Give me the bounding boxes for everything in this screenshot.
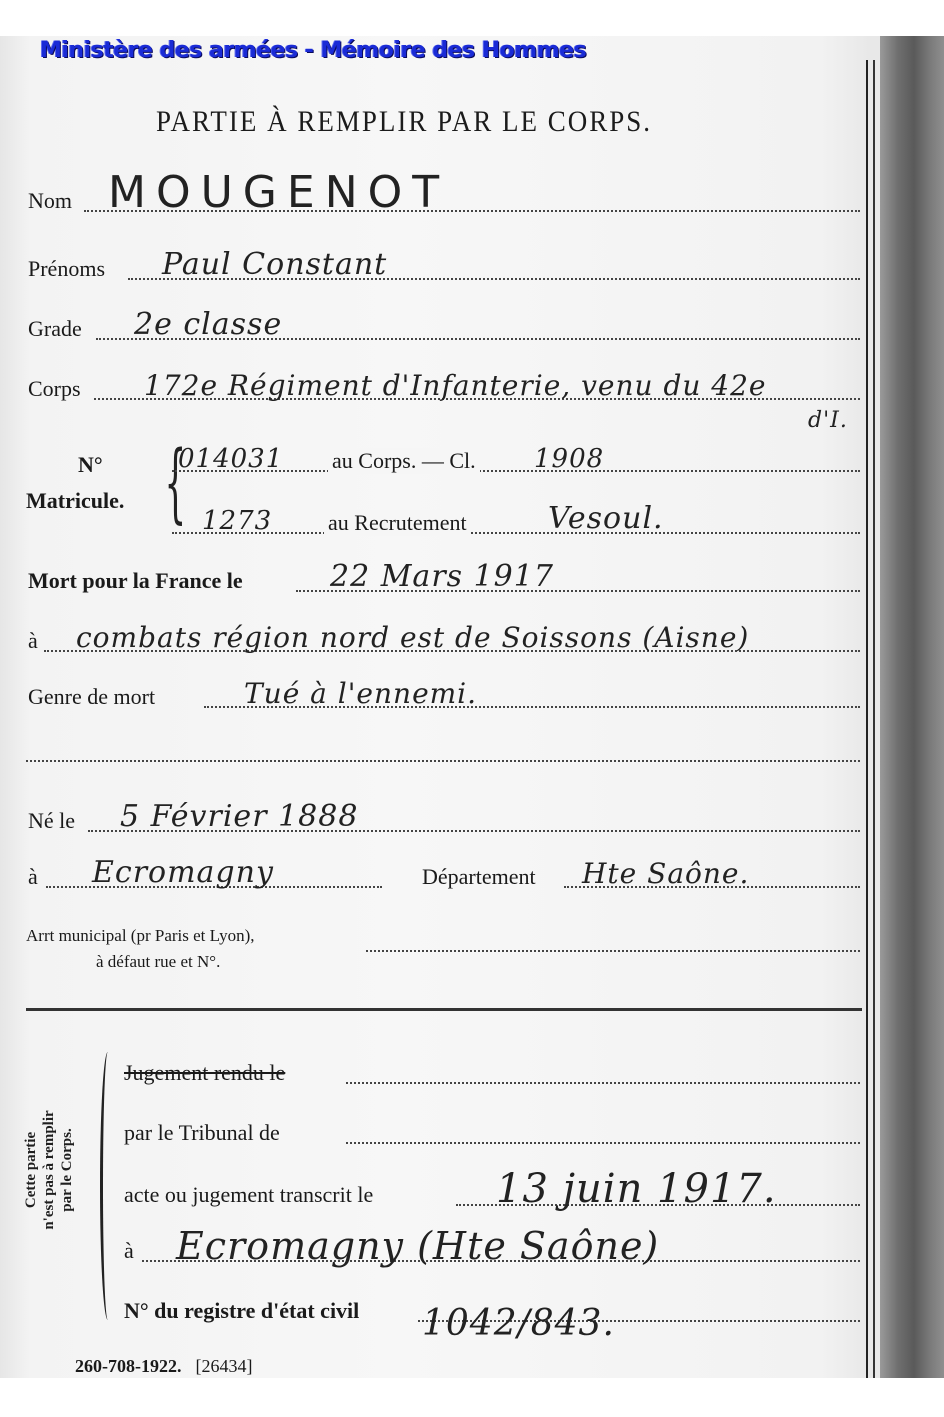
genre-mort-label: Genre de mort — [28, 684, 155, 710]
dotted-line — [26, 760, 860, 762]
margin-rule — [873, 60, 875, 1378]
prenoms-value: Paul Constant — [162, 247, 387, 282]
field-lieu-mort: à combats région nord est de Soissons (A… — [26, 620, 860, 660]
field-arrondissement — [362, 920, 860, 960]
registre-label: N° du registre d'état civil — [124, 1298, 359, 1324]
field-matricule-recrutement: 1273 au Recrutement Vesoul. — [172, 502, 860, 542]
print-code: [26434] — [196, 1356, 253, 1376]
matricule-recrutement-label: au Recrutement — [324, 510, 471, 536]
matricule-label-no: N° — [78, 452, 103, 478]
print-ref: 260-708-1922. — [75, 1356, 182, 1376]
watermark: Ministère des armées - Mémoire des Homme… — [40, 38, 586, 63]
acte-label: acte ou jugement transcrit le — [124, 1182, 373, 1208]
section-divider — [26, 1008, 862, 1011]
lieu-naissance-label: à — [28, 864, 38, 890]
side-note: Cette partie n'est pas à remplir par le … — [22, 1050, 76, 1290]
corps-label: Corps — [28, 376, 81, 402]
field-mort: Mort pour la France le 22 Mars 1917 — [26, 560, 860, 600]
blank-line — [26, 730, 860, 770]
binding-edge — [880, 36, 944, 1378]
lieu-transcription-value: Ecromagny (Hte Saône) — [176, 1224, 659, 1268]
side-note-line: par le Corps. — [58, 1050, 76, 1290]
field-lieu-naissance: à Ecromagny Département Hte Saône. — [26, 856, 860, 896]
field-tribunal: par le Tribunal de — [122, 1112, 860, 1152]
classe-value: 1908 — [534, 444, 604, 474]
genre-mort-value: Tué à l'ennemi. — [244, 677, 477, 710]
arrondissement-label-2: à défaut rue et N°. — [96, 952, 220, 972]
dotted-line — [366, 950, 860, 952]
grade-label: Grade — [28, 316, 82, 342]
arrondissement-label: Arrt municipal (pr Paris et Lyon), — [26, 926, 255, 946]
ne-le-label: Né le — [28, 808, 75, 834]
corps-value: 172e Régiment d'Infanterie, venu du 42e — [144, 369, 767, 402]
matricule-label: Matricule. — [26, 488, 124, 514]
print-reference: 260-708-1922.[26434] — [75, 1356, 253, 1377]
mort-label: Mort pour la France le — [28, 568, 243, 594]
side-note-line: Cette partie — [22, 1050, 40, 1290]
field-corps: Corps 172e Régiment d'Infanterie, venu d… — [26, 368, 860, 408]
dotted-line — [346, 1142, 860, 1144]
matricule-corps-number: 014031 — [178, 444, 283, 474]
lieu-mort-label: à — [28, 628, 38, 654]
prenoms-label: Prénoms — [28, 256, 105, 282]
lieu-naissance-value: Ecromagny — [92, 855, 274, 890]
nom-value: MOUGENOT — [108, 167, 449, 218]
recrutement-value: Vesoul. — [548, 501, 664, 536]
nom-label: Nom — [28, 188, 72, 214]
brace — [100, 1052, 113, 1320]
acte-value: 13 juin 1917. — [496, 1166, 777, 1212]
grade-value: 2e classe — [134, 307, 282, 342]
field-grade: Grade 2e classe — [26, 308, 860, 348]
ne-le-value: 5 Février 1888 — [120, 799, 358, 834]
departement-label: Département — [422, 864, 536, 890]
registre-value: 1042/843. — [422, 1303, 615, 1344]
dotted-line — [346, 1082, 860, 1084]
mort-value: 22 Mars 1917 — [330, 559, 554, 594]
field-nom: Nom MOUGENOT — [26, 180, 860, 220]
tribunal-label: par le Tribunal de — [124, 1120, 280, 1146]
field-registre: N° du registre d'état civil 1042/843. — [122, 1290, 860, 1330]
dotted-line — [172, 532, 860, 534]
jugement-label: Jugement rendu le — [124, 1060, 285, 1086]
field-jugement: Jugement rendu le — [122, 1052, 860, 1092]
field-lieu-transcription: à Ecromagny (Hte Saône) — [122, 1230, 860, 1270]
lieu-transcription-label: à — [124, 1238, 134, 1264]
lieu-mort-value: combats région nord est de Soissons (Ais… — [76, 621, 749, 654]
field-matricule-corps: 014031 au Corps. — Cl. 1908 — [172, 440, 860, 480]
field-acte: acte ou jugement transcrit le 13 juin 19… — [122, 1174, 860, 1214]
matricule-corps-label: au Corps. — Cl. — [328, 448, 480, 474]
form-heading: PARTIE À REMPLIR PAR LE CORPS. — [156, 104, 652, 138]
field-ne-le: Né le 5 Février 1888 — [26, 800, 860, 840]
side-note-line: n'est pas à remplir — [40, 1050, 58, 1290]
field-genre-mort: Genre de mort Tué à l'ennemi. — [26, 676, 860, 716]
margin-rule — [866, 60, 868, 1378]
matricule-recrutement-number: 1273 — [202, 506, 272, 536]
field-prenoms: Prénoms Paul Constant — [26, 248, 860, 288]
departement-value: Hte Saône. — [582, 857, 749, 890]
